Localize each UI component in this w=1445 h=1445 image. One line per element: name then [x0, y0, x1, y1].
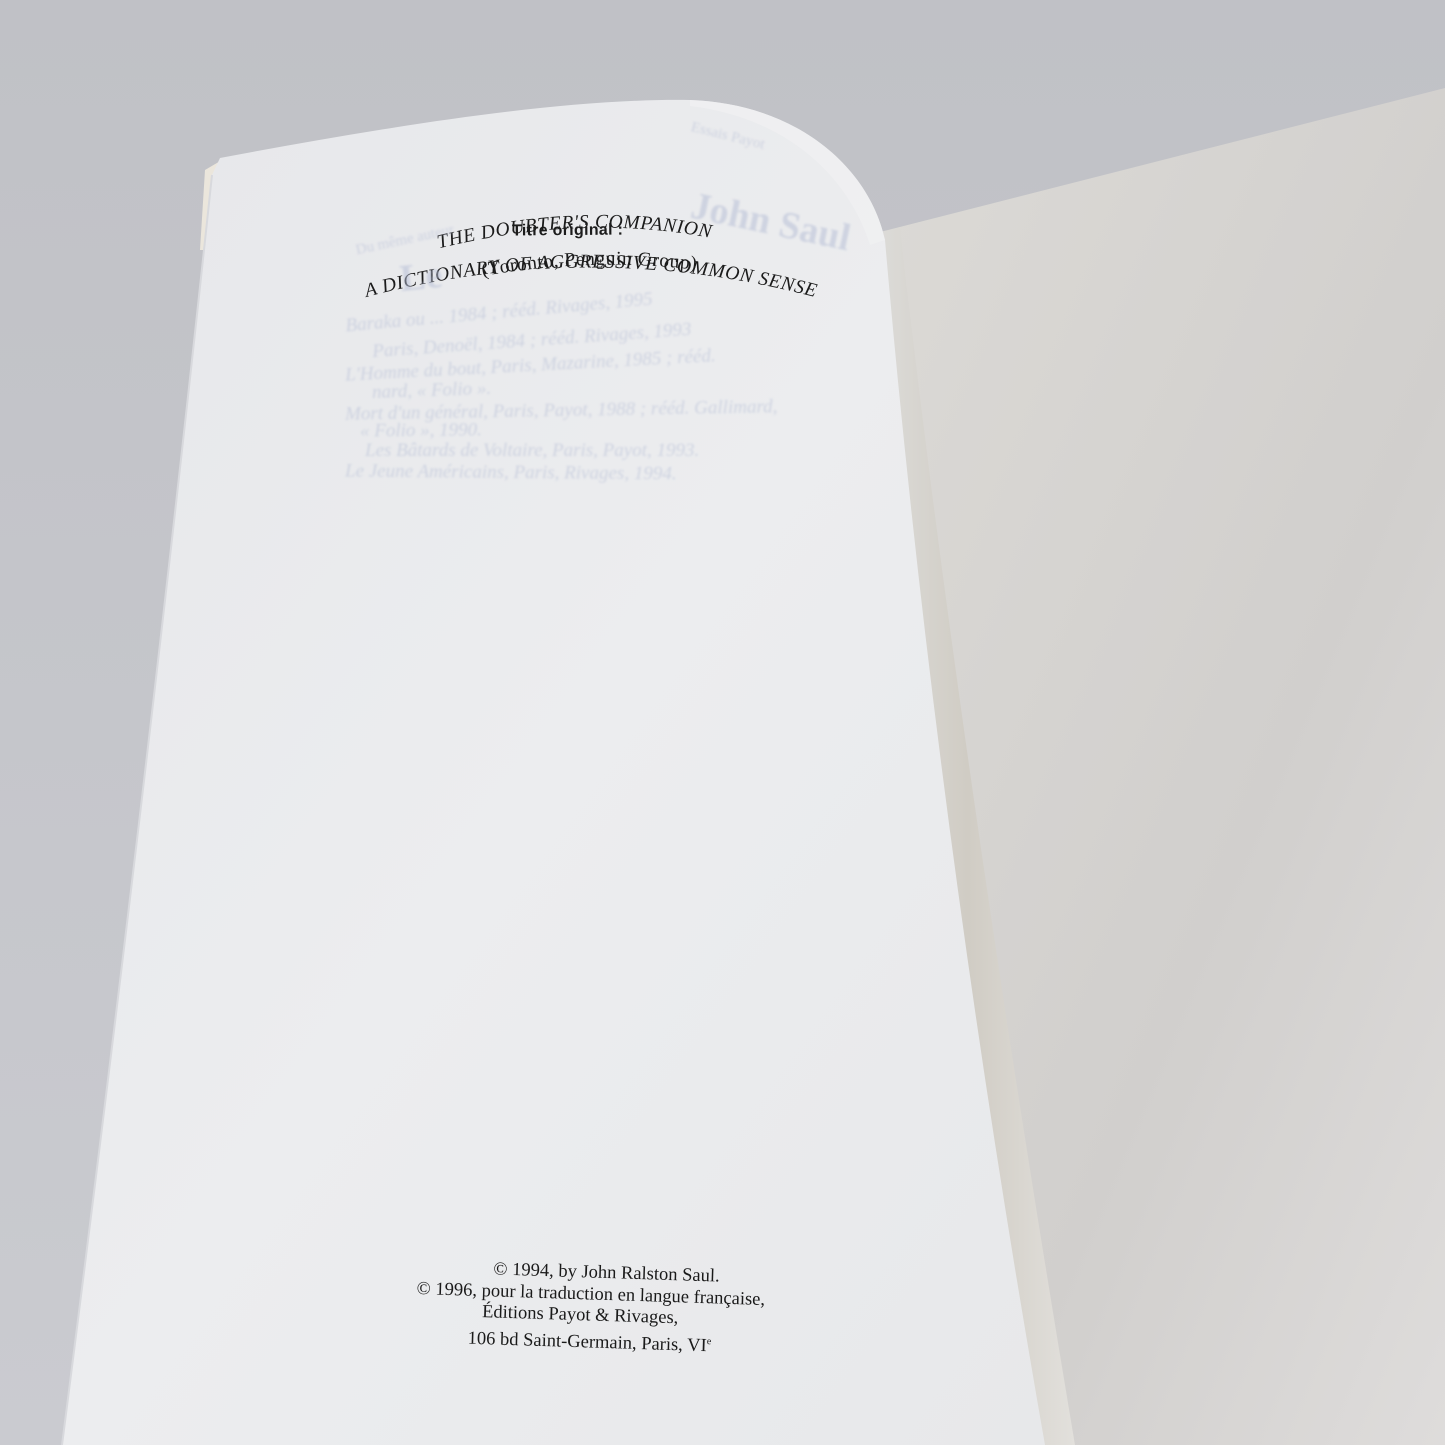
book-photo-scene: THE DOUBTER'S COMPANION A DICTIONARY OF …: [0, 0, 1445, 1445]
book-shapes: THE DOUBTER'S COMPANION A DICTIONARY OF …: [0, 0, 1445, 1445]
